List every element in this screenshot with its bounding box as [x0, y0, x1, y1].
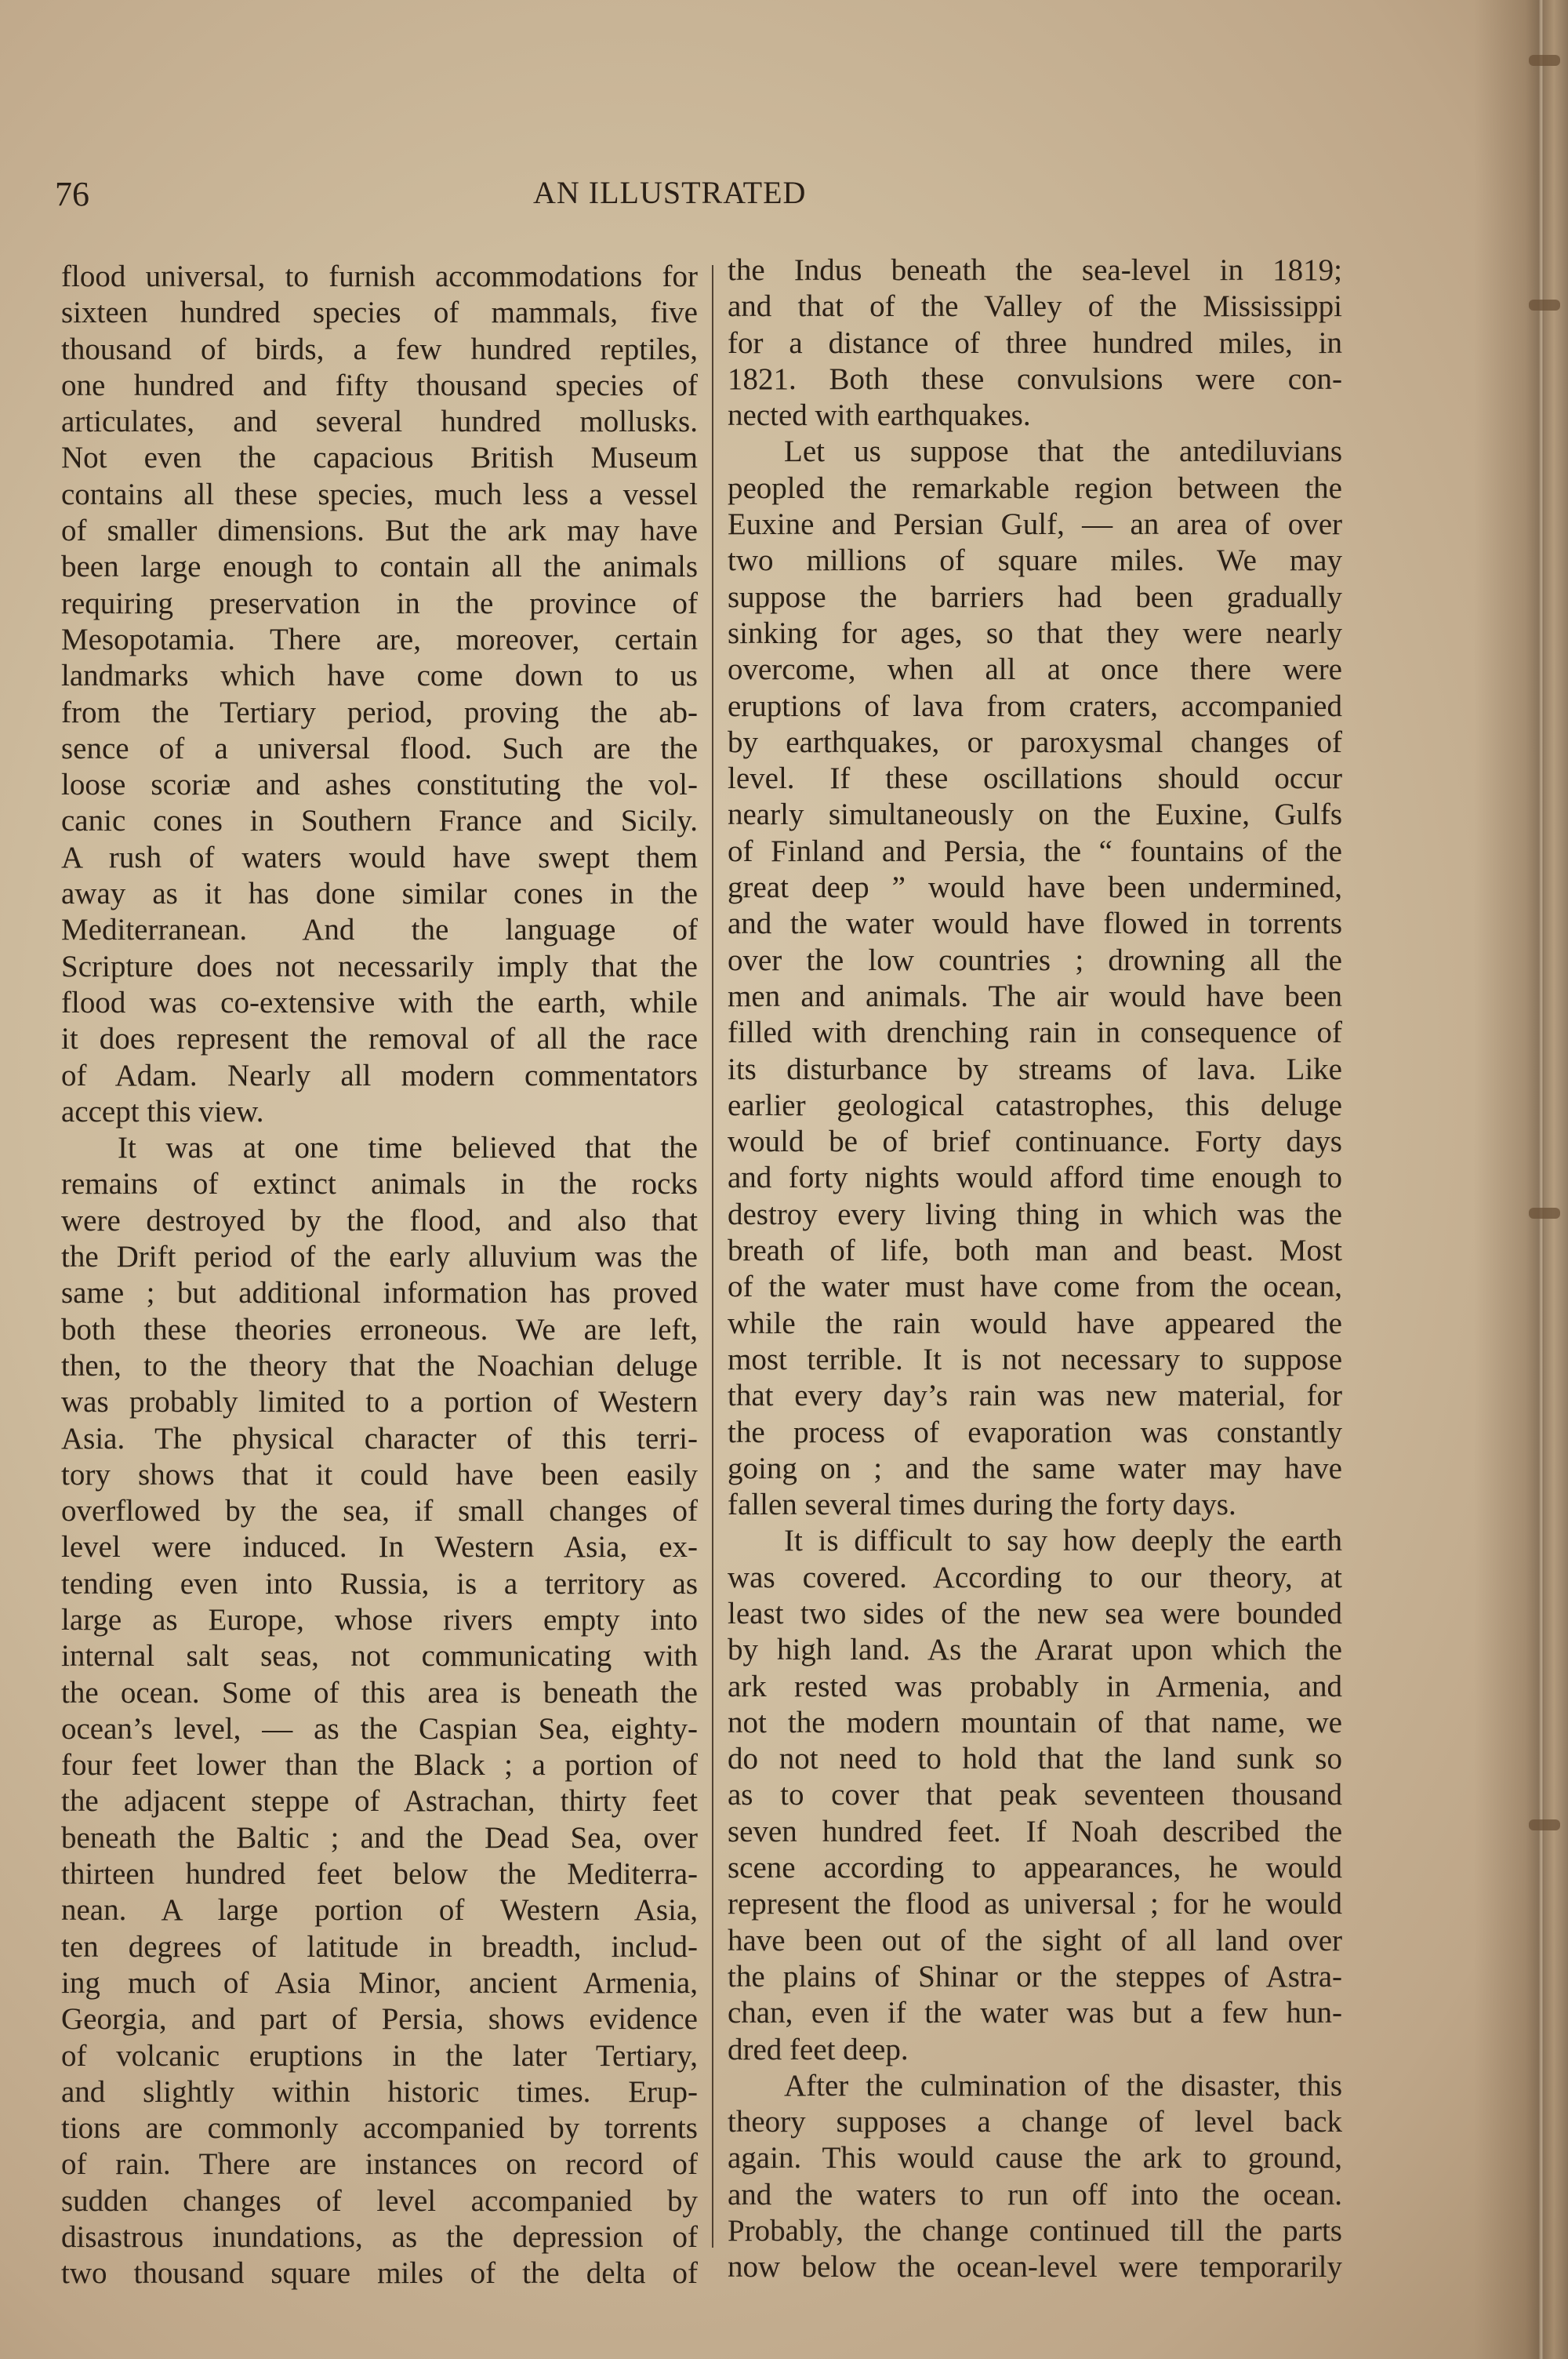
text-line: sixteen hundred species of mammals, five	[61, 295, 698, 331]
binding-knot	[1529, 1819, 1560, 1830]
text-line: sence of a universal flood. Such are the	[61, 731, 698, 767]
text-line: A rush of waters would have swept them	[61, 840, 698, 876]
left-column: flood universal, to furnish accommodatio…	[61, 259, 698, 2292]
text-line: not the modern mountain of that name, we	[728, 1705, 1342, 1741]
text-line: ten degrees of latitude in breadth, incl…	[61, 1929, 698, 1965]
text-line: tions are commonly accompanied by torren…	[61, 2110, 698, 2146]
text-line: while the rain would have appeared the	[728, 1306, 1342, 1342]
text-line: 1821. Both these convulsions were con-	[728, 362, 1342, 398]
text-line: Scripture does not necessarily imply tha…	[61, 949, 698, 985]
text-line: from the Tertiary period, proving the ab…	[61, 695, 698, 731]
text-line: were destroyed by the flood, and also th…	[61, 1203, 698, 1239]
text-line: and slightly within historic times. Erup…	[61, 2074, 698, 2110]
text-line: the Indus beneath the sea-level in 1819;	[728, 253, 1342, 289]
text-line: over the low countries ; drowning all th…	[728, 943, 1342, 979]
text-line: sudden changes of level accompanied by	[61, 2183, 698, 2219]
text-line: that every day’s rain was new material, …	[728, 1378, 1342, 1414]
text-line: peopled the remarkable region between th…	[728, 471, 1342, 507]
text-line: and forty nights would afford time enoug…	[728, 1160, 1342, 1196]
running-head-title: AN ILLUSTRATED	[533, 174, 806, 211]
text-line: of Adam. Nearly all modern commentators	[61, 1058, 698, 1094]
text-line: loose scoriæ and ashes constituting the …	[61, 767, 698, 803]
text-line: the Drift period of the early alluvium w…	[61, 1239, 698, 1275]
text-line: It was at one time believed that the	[61, 1130, 698, 1166]
text-line: was probably limited to a portion of Wes…	[61, 1384, 698, 1420]
text-line: of the water must have come from the oce…	[728, 1269, 1342, 1305]
text-line: of smaller dimensions. But the ark may h…	[61, 513, 698, 549]
text-line: of Finland and Persia, the “ fountains o…	[728, 834, 1342, 870]
text-line: two millions of square miles. We may	[728, 543, 1342, 579]
text-line: ing much of Asia Minor, ancient Armenia,	[61, 1965, 698, 2001]
text-line: was covered. According to our theory, at	[728, 1560, 1342, 1596]
text-line: articulates, and several hundred mollusk…	[61, 404, 698, 440]
text-line: scene according to appearances, he would	[728, 1850, 1342, 1886]
text-line: Georgia, and part of Persia, shows evide…	[61, 2001, 698, 2037]
text-line: Not even the capacious British Museum	[61, 440, 698, 476]
column-divider	[712, 265, 713, 2248]
text-line: would be of brief continuance. Forty day…	[728, 1124, 1342, 1160]
text-line: It is difficult to say how deeply the ea…	[728, 1523, 1342, 1559]
text-line: dred feet deep.	[728, 2032, 1342, 2068]
text-line: the process of evaporation was constantl…	[728, 1415, 1342, 1451]
text-line: flood universal, to furnish accommodatio…	[61, 259, 698, 295]
text-line: men and animals. The air would have been	[728, 979, 1342, 1015]
text-line: Probably, the change continued till the …	[728, 2213, 1342, 2249]
text-line: the ocean. Some of this area is beneath …	[61, 1675, 698, 1711]
text-line: by high land. As the Ararat upon which t…	[728, 1632, 1342, 1668]
text-line: fallen several times during the forty da…	[728, 1487, 1342, 1523]
text-line: ocean’s level, — as the Caspian Sea, eig…	[61, 1711, 698, 1747]
text-line: After the culmination of the disaster, t…	[728, 2068, 1342, 2104]
text-line: and the water would have flowed in torre…	[728, 906, 1342, 942]
text-line: now below the ocean-level were temporari…	[728, 2249, 1342, 2285]
text-line: for a distance of three hundred miles, i…	[728, 325, 1342, 362]
text-line: do not need to hold that the land sunk s…	[728, 1741, 1342, 1777]
text-line: nearly simultaneously on the Euxine, Gul…	[728, 797, 1342, 833]
text-line: nean. A large portion of Western Asia,	[61, 1892, 698, 1928]
text-line: and that of the Valley of the Mississipp…	[728, 289, 1342, 325]
text-line: away as it has done similar cones in the	[61, 876, 698, 912]
text-line: tory shows that it could have been easil…	[61, 1457, 698, 1493]
text-line: the plains of Shinar or the steppes of A…	[728, 1959, 1342, 1995]
right-column: the Indus beneath the sea-level in 1819;…	[728, 253, 1342, 2286]
page-number: 76	[55, 174, 89, 214]
binding-knot	[1529, 300, 1560, 311]
text-line: most terrible. It is not necessary to su…	[728, 1342, 1342, 1378]
text-line: earlier geological catastrophes, this de…	[728, 1088, 1342, 1124]
text-line: Asia. The physical character of this ter…	[61, 1421, 698, 1457]
text-line: then, to the theory that the Noachian de…	[61, 1348, 698, 1384]
text-line: suppose the barriers had been gradually	[728, 580, 1342, 616]
text-line: thousand of birds, a few hundred reptile…	[61, 332, 698, 368]
text-line: contains all these species, much less a …	[61, 477, 698, 513]
text-line: ark rested was probably in Armenia, and	[728, 1669, 1342, 1705]
text-line: landmarks which have come down to us	[61, 658, 698, 694]
text-line: flood was co-extensive with the earth, w…	[61, 985, 698, 1021]
text-line: disastrous inundations, as the depressio…	[61, 2219, 698, 2255]
text-line: its disturbance by streams of lava. Like	[728, 1052, 1342, 1088]
text-line: again. This would cause the ark to groun…	[728, 2140, 1342, 2176]
text-line: as to cover that peak seventeen thousand	[728, 1777, 1342, 1813]
text-line: Mediterranean. And the language of	[61, 912, 698, 948]
text-line: going on ; and the same water may have	[728, 1451, 1342, 1487]
text-line: overflowed by the sea, if small changes …	[61, 1493, 698, 1529]
text-line: destroy every living thing in which was …	[728, 1197, 1342, 1233]
text-line: overcome, when all at once there were	[728, 652, 1342, 688]
book-spine-shadow	[1474, 0, 1568, 2359]
text-line: it does represent the removal of all the…	[61, 1021, 698, 1057]
text-line: two thousand square miles of the delta o…	[61, 2255, 698, 2292]
text-line: thirteen hundred feet below the Mediterr…	[61, 1856, 698, 1892]
text-line: canic cones in Southern France and Sicil…	[61, 803, 698, 839]
text-line: represent the flood as universal ; for h…	[728, 1886, 1342, 1922]
text-line: same ; but additional information has pr…	[61, 1275, 698, 1311]
text-line: eruptions of lava from craters, accompan…	[728, 689, 1342, 725]
text-line: chan, even if the water was but a few hu…	[728, 1995, 1342, 2031]
text-line: by earthquakes, or paroxysmal changes of	[728, 725, 1342, 761]
text-line: been large enough to contain all the ani…	[61, 549, 698, 585]
binding-knot	[1529, 55, 1560, 66]
text-line: one hundred and fifty thousand species o…	[61, 368, 698, 404]
text-line: nected with earthquakes.	[728, 398, 1342, 434]
text-line: filled with drenching rain in consequenc…	[728, 1015, 1342, 1051]
text-line: Euxine and Persian Gulf, — an area of ov…	[728, 507, 1342, 543]
text-line: and the waters to run off into the ocean…	[728, 2177, 1342, 2213]
text-line: beneath the Baltic ; and the Dead Sea, o…	[61, 1820, 698, 1856]
text-line: great deep ” would have been undermined,	[728, 870, 1342, 906]
text-line: sinking for ages, so that they were near…	[728, 616, 1342, 652]
text-line: level were induced. In Western Asia, ex-	[61, 1529, 698, 1565]
text-line: theory supposes a change of level back	[728, 2104, 1342, 2140]
text-line: both these theories erroneous. We are le…	[61, 1312, 698, 1348]
text-line: Let us suppose that the antediluvians	[728, 434, 1342, 470]
text-line: remains of extinct animals in the rocks	[61, 1166, 698, 1202]
text-line: of volcanic eruptions in the later Terti…	[61, 2038, 698, 2074]
text-line: least two sides of the new sea were boun…	[728, 1596, 1342, 1632]
binding-knot	[1529, 1208, 1560, 1219]
running-head: 76 AN ILLUSTRATED	[55, 174, 1348, 213]
text-line: tending even into Russia, is a territory…	[61, 1566, 698, 1602]
text-line: breath of life, both man and beast. Most	[728, 1233, 1342, 1269]
text-line: four feet lower than the Black ; a porti…	[61, 1747, 698, 1783]
text-line: Mesopotamia. There are, moreover, certai…	[61, 622, 698, 658]
text-line: the adjacent steppe of Astrachan, thirty…	[61, 1783, 698, 1819]
text-line: of rain. There are instances on record o…	[61, 2146, 698, 2183]
text-line: have been out of the sight of all land o…	[728, 1923, 1342, 1959]
binding-cord	[1539, 0, 1544, 2359]
book-page: 76 AN ILLUSTRATED flood universal, to fu…	[0, 0, 1568, 2359]
text-line: accept this view.	[61, 1094, 698, 1130]
text-line: large as Europe, whose rivers empty into	[61, 1602, 698, 1638]
text-line: internal salt seas, not communicating wi…	[61, 1638, 698, 1674]
text-line: level. If these oscillations should occu…	[728, 761, 1342, 797]
text-line: requiring preservation in the province o…	[61, 586, 698, 622]
text-line: seven hundred feet. If Noah described th…	[728, 1814, 1342, 1850]
